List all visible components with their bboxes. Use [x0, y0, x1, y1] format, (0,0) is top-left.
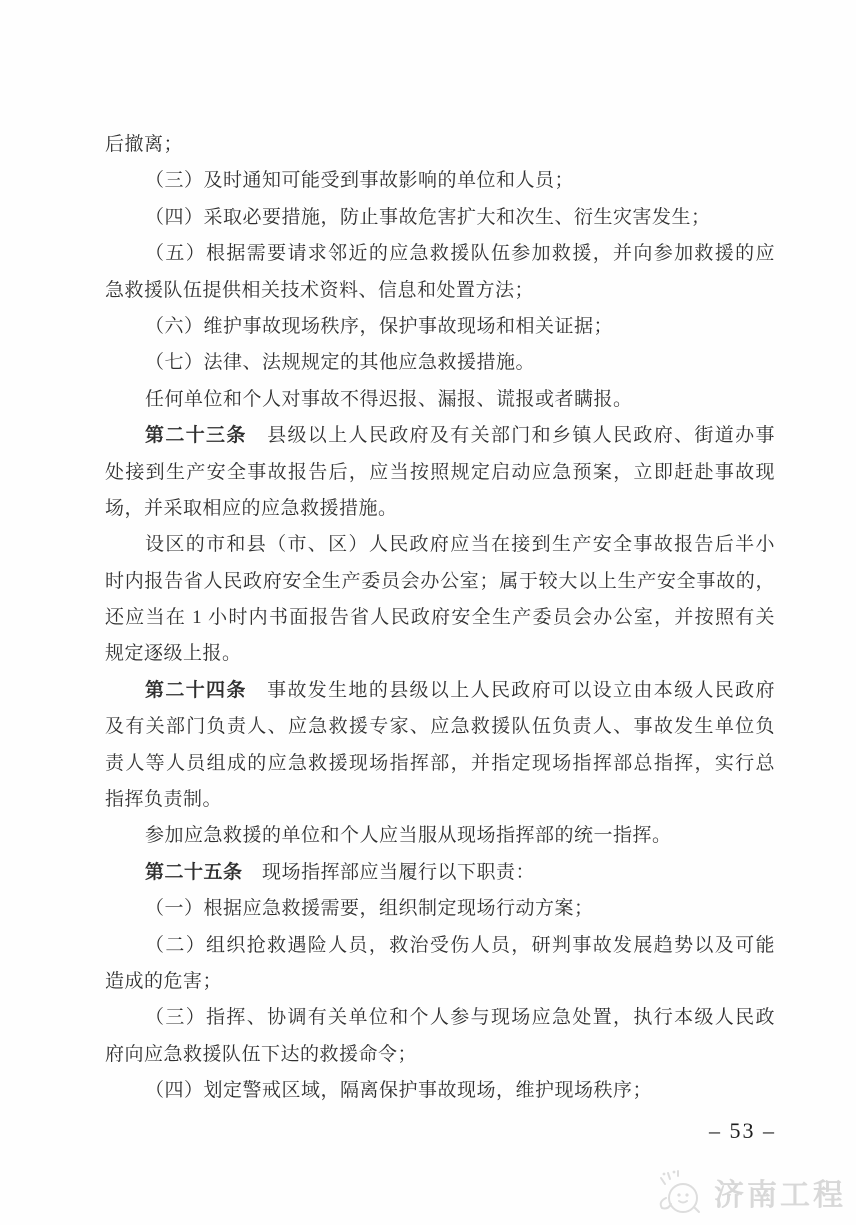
text-segment: 处接到生产安全事故报告后，应当按照规定启动应急预案，立即赶赴事故现	[105, 462, 775, 483]
article-number-label: 第二十五条	[145, 862, 243, 883]
text-line: 第二十三条 县级以上人民政府及有关部门和乡镇人民政府、街道办事	[105, 418, 775, 454]
text-segment: 急救援队伍提供相关技术资料、信息和处置方法；	[105, 280, 534, 301]
text-line: （四）采取必要措施，防止事故危害扩大和次生、衍生灾害发生；	[105, 200, 775, 236]
text-line: （四）划定警戒区域，隔离保护事故现场，维护现场秩序；	[105, 1073, 775, 1109]
text-segment: 指挥负责制。	[105, 789, 222, 810]
text-segment: 参加应急救援的单位和个人应当服从现场指挥部的统一指挥。	[145, 825, 672, 846]
text-segment: 县级以上人民政府及有关部门和乡镇人民政府、街道办事	[247, 425, 775, 446]
text-line: （五）根据需要请求邻近的应急救援队伍参加救援，并向参加救援的应	[105, 236, 775, 272]
text-line: 第二十四条 事故发生地的县级以上人民政府可以设立由本级人民政府	[105, 673, 775, 709]
text-line: 场，并采取相应的应急救援措施。	[105, 491, 775, 527]
text-segment: （五）根据需要请求邻近的应急救援队伍参加救援，并向参加救援的应	[145, 243, 775, 264]
text-segment: 时内报告省人民政府安全生产委员会办公室；属于较大以上生产安全事故的，	[105, 571, 775, 592]
text-segment: （一）根据应急救援需要，组织制定现场行动方案；	[145, 898, 594, 919]
text-line: （三）及时通知可能受到事故影响的单位和人员；	[105, 163, 775, 199]
text-block: 后撤离；（三）及时通知可能受到事故影响的单位和人员；（四）采取必要措施，防止事故…	[105, 127, 775, 1110]
text-line: 参加应急救援的单位和个人应当服从现场指挥部的统一指挥。	[105, 818, 775, 854]
text-segment: （七）法律、法规规定的其他应急救援措施。	[145, 352, 535, 373]
text-line: 后撤离；	[105, 127, 775, 163]
text-segment: （三）指挥、协调有关单位和个人参与现场应急处置，执行本级人民政	[145, 1007, 775, 1028]
text-segment: 造成的危害；	[105, 971, 222, 992]
text-line: 设区的市和县（市、区）人民政府应当在接到生产安全事故报告后半小	[105, 527, 775, 563]
text-line: （三）指挥、协调有关单位和个人参与现场应急处置，执行本级人民政	[105, 1000, 775, 1036]
text-segment: 场，并采取相应的应急救援措施。	[105, 498, 398, 519]
text-segment: 设区的市和县（市、区）人民政府应当在接到生产安全事故报告后半小	[145, 534, 775, 555]
text-line: （七）法律、法规规定的其他应急救援措施。	[105, 345, 775, 381]
text-segment: 后撤离；	[105, 134, 183, 155]
text-segment: （六）维护事故现场秩序，保护事故现场和相关证据；	[145, 316, 613, 337]
text-line: （一）根据应急救援需要，组织制定现场行动方案；	[105, 891, 775, 927]
text-segment: 府向应急救援队伍下达的救援命令；	[105, 1044, 417, 1065]
text-line: （二）组织抢救遇险人员，救治受伤人员，研判事故发展趋势以及可能	[105, 928, 775, 964]
text-segment: 现场指挥部应当履行以下职责：	[243, 862, 536, 883]
text-line: 及有关部门负责人、应急救援专家、应急救援队伍负责人、事故发生单位负	[105, 709, 775, 745]
text-line: （六）维护事故现场秩序，保护事故现场和相关证据；	[105, 309, 775, 345]
page-number: – 53 –	[709, 1118, 776, 1144]
text-segment: （四）划定警戒区域，隔离保护事故现场，维护现场秩序；	[145, 1080, 652, 1101]
watermark: 济南工程	[654, 1168, 846, 1216]
document-page: 后撤离；（三）及时通知可能受到事故影响的单位和人员；（四）采取必要措施，防止事故…	[0, 0, 856, 1225]
text-segment: （二）组织抢救遇险人员，救治受伤人员，研判事故发展趋势以及可能	[145, 935, 775, 956]
article-number-label: 第二十四条	[145, 680, 247, 701]
text-segment: 规定逐级上报。	[105, 643, 242, 664]
text-segment: 及有关部门负责人、应急救援专家、应急救援队伍负责人、事故发生单位负	[105, 716, 775, 737]
text-line: 第二十五条 现场指挥部应当履行以下职责：	[105, 855, 775, 891]
article-number-label: 第二十三条	[145, 425, 247, 446]
text-segment: 任何单位和个人对事故不得迟报、漏报、谎报或者瞒报。	[145, 389, 633, 410]
text-line: 规定逐级上报。	[105, 636, 775, 672]
text-line: 指挥负责制。	[105, 782, 775, 818]
text-line: 任何单位和个人对事故不得迟报、漏报、谎报或者瞒报。	[105, 382, 775, 418]
text-segment: 还应当在 1 小时内书面报告省人民政府安全生产委员会办公室，并按照有关	[105, 607, 775, 628]
text-segment: 责人等人员组成的应急救援现场指挥部，并指定现场指挥部总指挥，实行总	[105, 753, 775, 774]
text-line: 还应当在 1 小时内书面报告省人民政府安全生产委员会办公室，并按照有关	[105, 600, 775, 636]
text-segment: 事故发生地的县级以上人民政府可以设立由本级人民政府	[247, 680, 775, 701]
text-line: 造成的危害；	[105, 964, 775, 1000]
smiley-logo-icon	[654, 1168, 706, 1216]
text-line: 急救援队伍提供相关技术资料、信息和处置方法；	[105, 273, 775, 309]
text-line: 时内报告省人民政府安全生产委员会办公室；属于较大以上生产安全事故的，	[105, 564, 775, 600]
text-line: 责人等人员组成的应急救援现场指挥部，并指定现场指挥部总指挥，实行总	[105, 746, 775, 782]
text-line: 府向应急救援队伍下达的救援命令；	[105, 1037, 775, 1073]
text-segment: （四）采取必要措施，防止事故危害扩大和次生、衍生灾害发生；	[145, 207, 711, 228]
text-segment: （三）及时通知可能受到事故影响的单位和人员；	[145, 170, 574, 191]
watermark-label: 济南工程	[714, 1170, 846, 1214]
text-line: 处接到生产安全事故报告后，应当按照规定启动应急预案，立即赶赴事故现	[105, 455, 775, 491]
